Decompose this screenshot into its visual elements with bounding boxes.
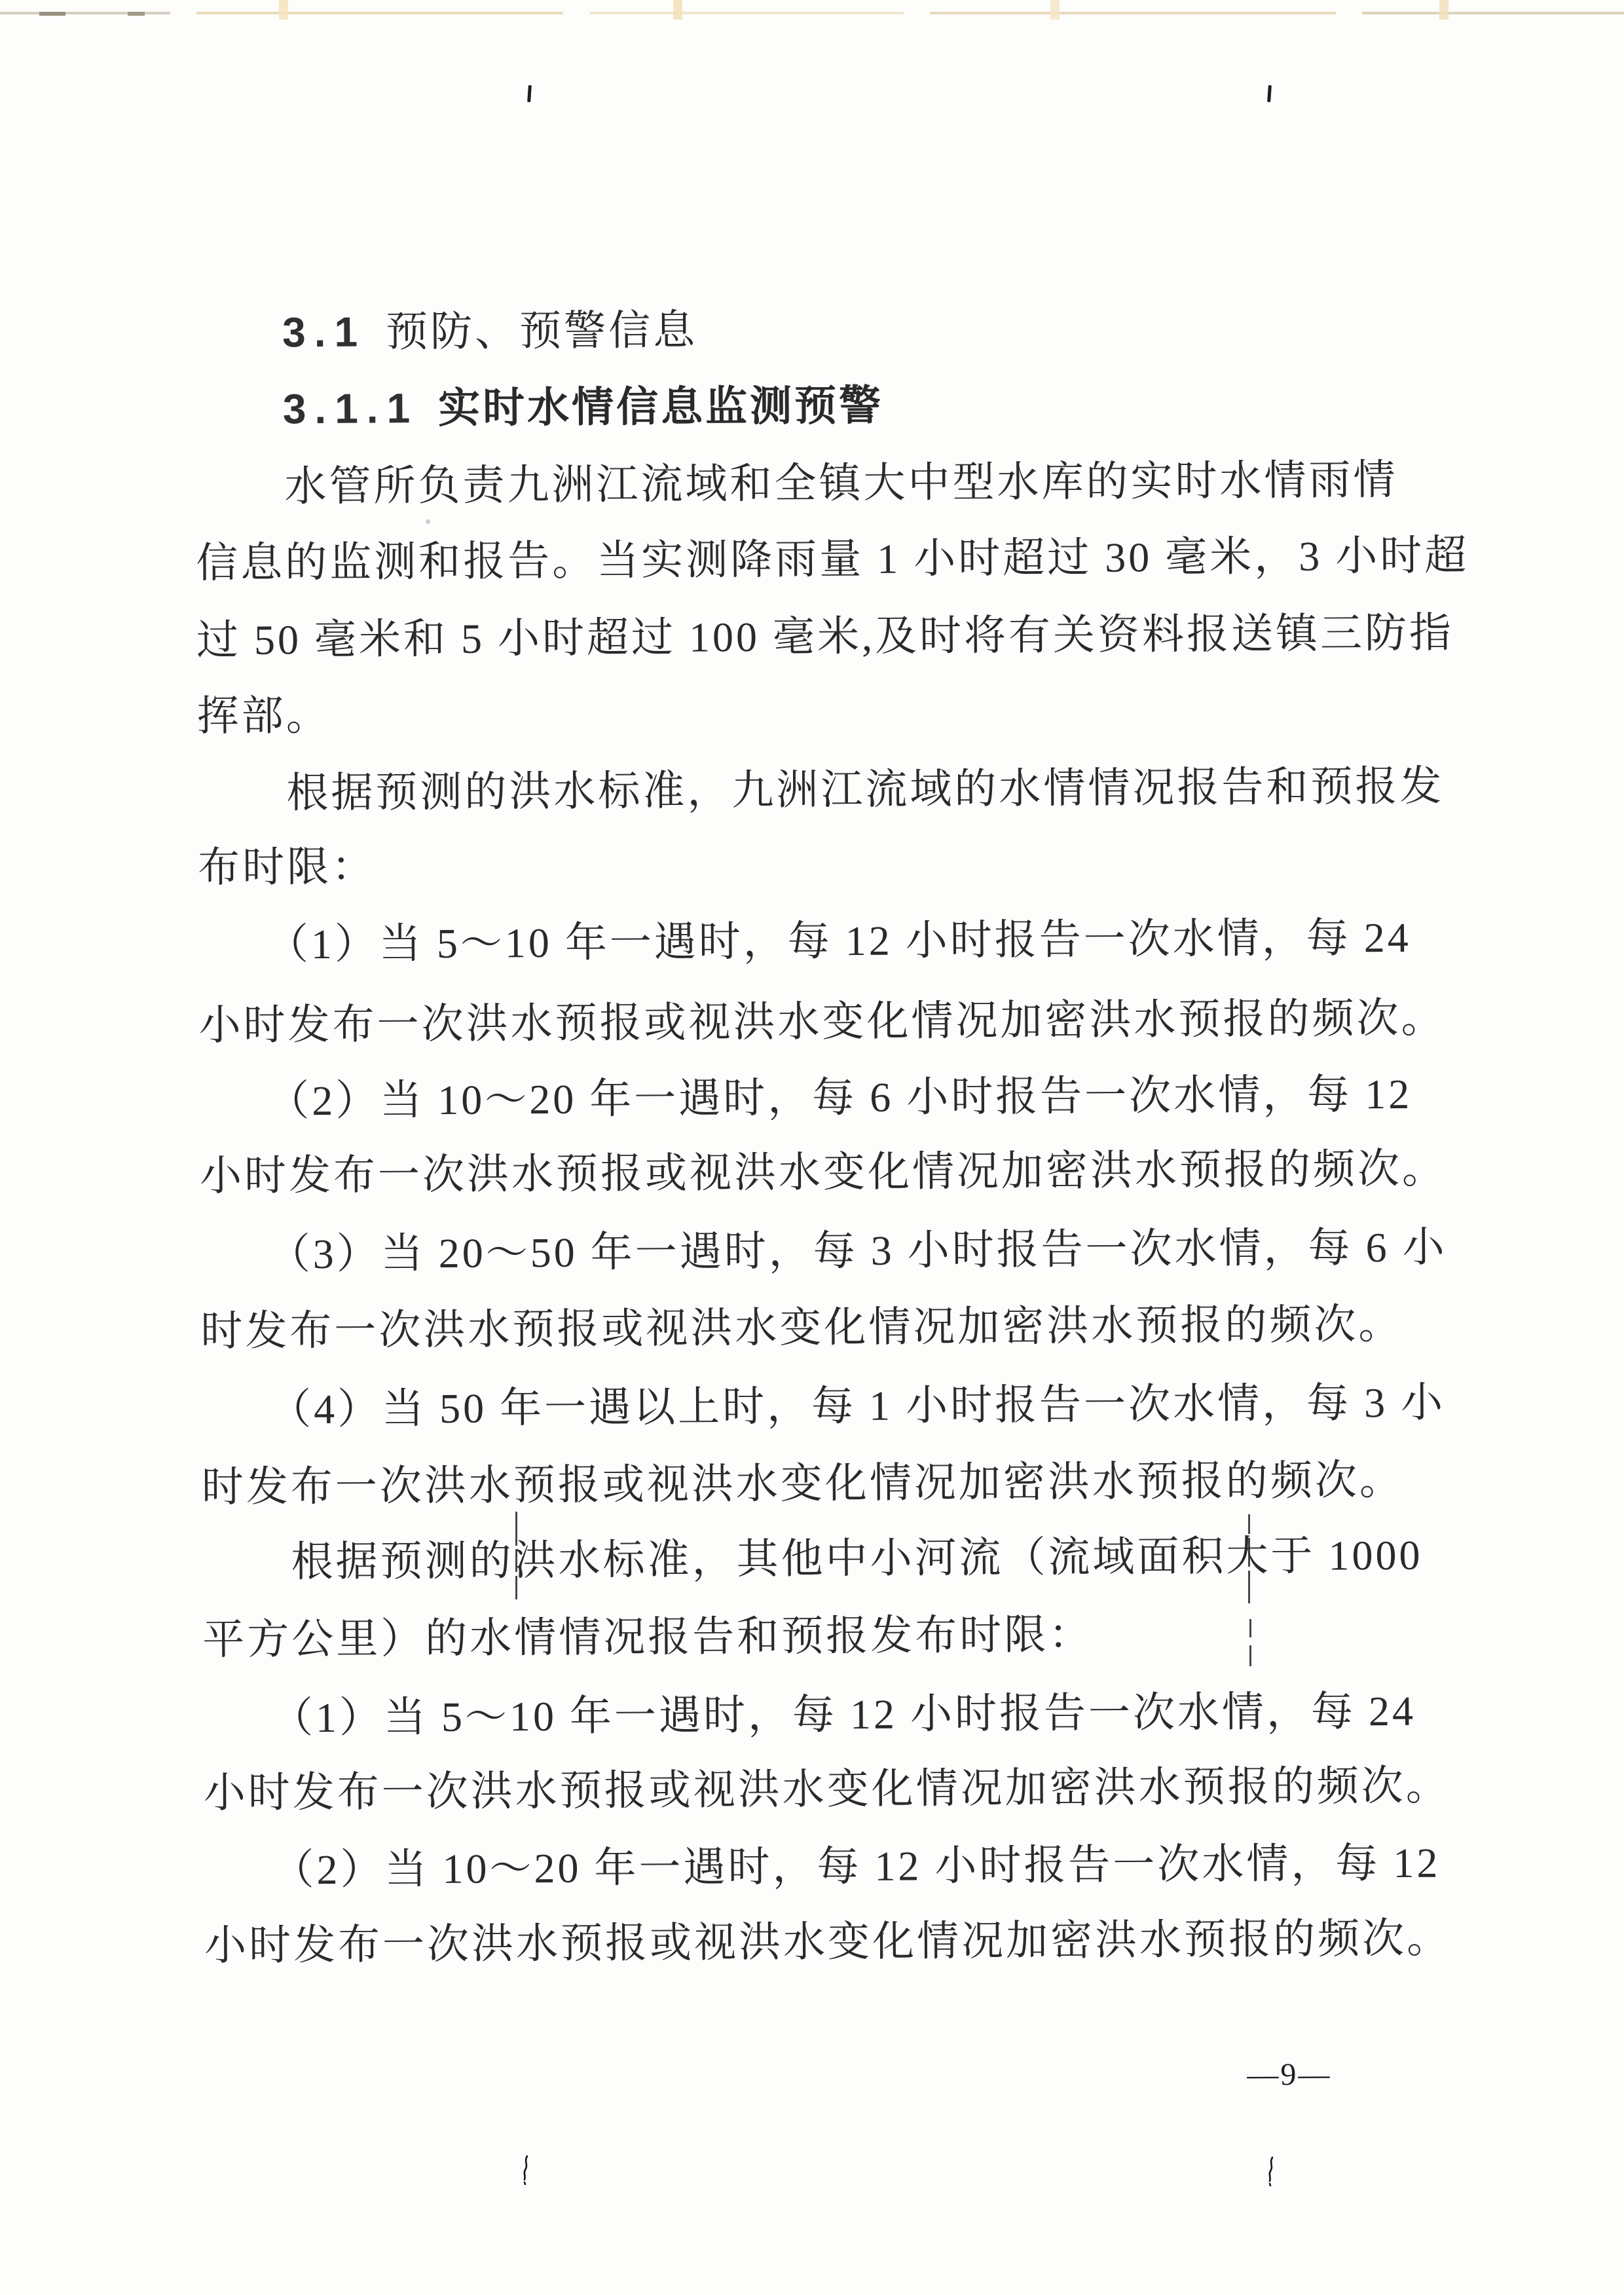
body-line: 挥部。 (196, 695, 330, 737)
body-line: （2）当 10～20 年一遇时，每 6 小时报告一次水情，每 12 (267, 1073, 1412, 1123)
body-line: 信息的监测和报告。当实测降雨量 1 小时超过 30 毫米，3 小时超 (196, 534, 1469, 584)
body-line: 小时发布一次洪水预报或视洪水变化情况加密洪水预报的频次。 (204, 1765, 1450, 1815)
text-block: 3.1预防、预警信息 3.1.1实时水情信息监测预警 水管所负责九洲江流域和全镇… (0, 0, 1624, 2295)
body-line: 根据预测的洪水标准，九洲江流域的水情情况报告和预报发 (286, 766, 1444, 815)
body-line: 小时发布一次洪水预报或视洪水变化情况加密洪水预报的频次。 (198, 998, 1445, 1047)
body-line: （1）当 5～10 年一遇时，每 12 小时报告一次水情，每 24 (267, 917, 1411, 966)
subsection-number: 3.1.1 (283, 384, 419, 432)
body-line: （2）当 10～20 年一遇时，每 12 小时报告一次水情，每 12 (272, 1842, 1440, 1892)
section-number: 3.1 (282, 308, 366, 356)
page-number: —9— (1247, 2057, 1331, 2093)
body-line: 根据预测的洪水标准，其他中小河流（流域面积大于 1000 (291, 1535, 1422, 1584)
body-line: 过 50 毫米和 5 小时超过 100 毫米,及时将有关资料报送镇三防指 (196, 612, 1454, 662)
body-line: （4）当 50 年一遇以上时，每 1 小时报告一次水情，每 3 小 (269, 1382, 1445, 1431)
body-line: 水管所负责九洲江流域和全镇大中型水库的实时水情雨情 (284, 459, 1397, 508)
subsection-heading: 3.1.1实时水情信息监测预警 (283, 384, 884, 431)
body-line: （3）当 20～50 年一遇时，每 3 小时报告一次水情，每 6 小 (268, 1227, 1447, 1276)
body-line: 小时发布一次洪水预报或视洪水变化情况加密洪水预报的频次。 (200, 1148, 1447, 1198)
section-title: 预防、预警信息 (386, 307, 697, 356)
body-line: 小时发布一次洪水预报或视洪水变化情况加密洪水预报的频次。 (204, 1918, 1451, 1968)
body-line: 布时限： (198, 846, 376, 889)
body-line: 时发布一次洪水预报或视洪水变化情况加密洪水预报的频次。 (200, 1303, 1403, 1353)
subsection-title: 实时水情信息监测预警 (438, 382, 883, 432)
body-line: 时发布一次洪水预报或视洪水变化情况加密洪水预报的频次。 (202, 1459, 1404, 1508)
body-line: 平方公里）的水情情况报告和预报发布时限： (202, 1614, 1093, 1661)
section-heading: 3.1预防、预警信息 (282, 309, 697, 354)
scanned-document-page: 3.1预防、预警信息 3.1.1实时水情信息监测预警 水管所负责九洲江流域和全镇… (0, 0, 1624, 2295)
body-line: （1）当 5～10 年一遇时，每 12 小时报告一次水情，每 24 (271, 1690, 1416, 1740)
